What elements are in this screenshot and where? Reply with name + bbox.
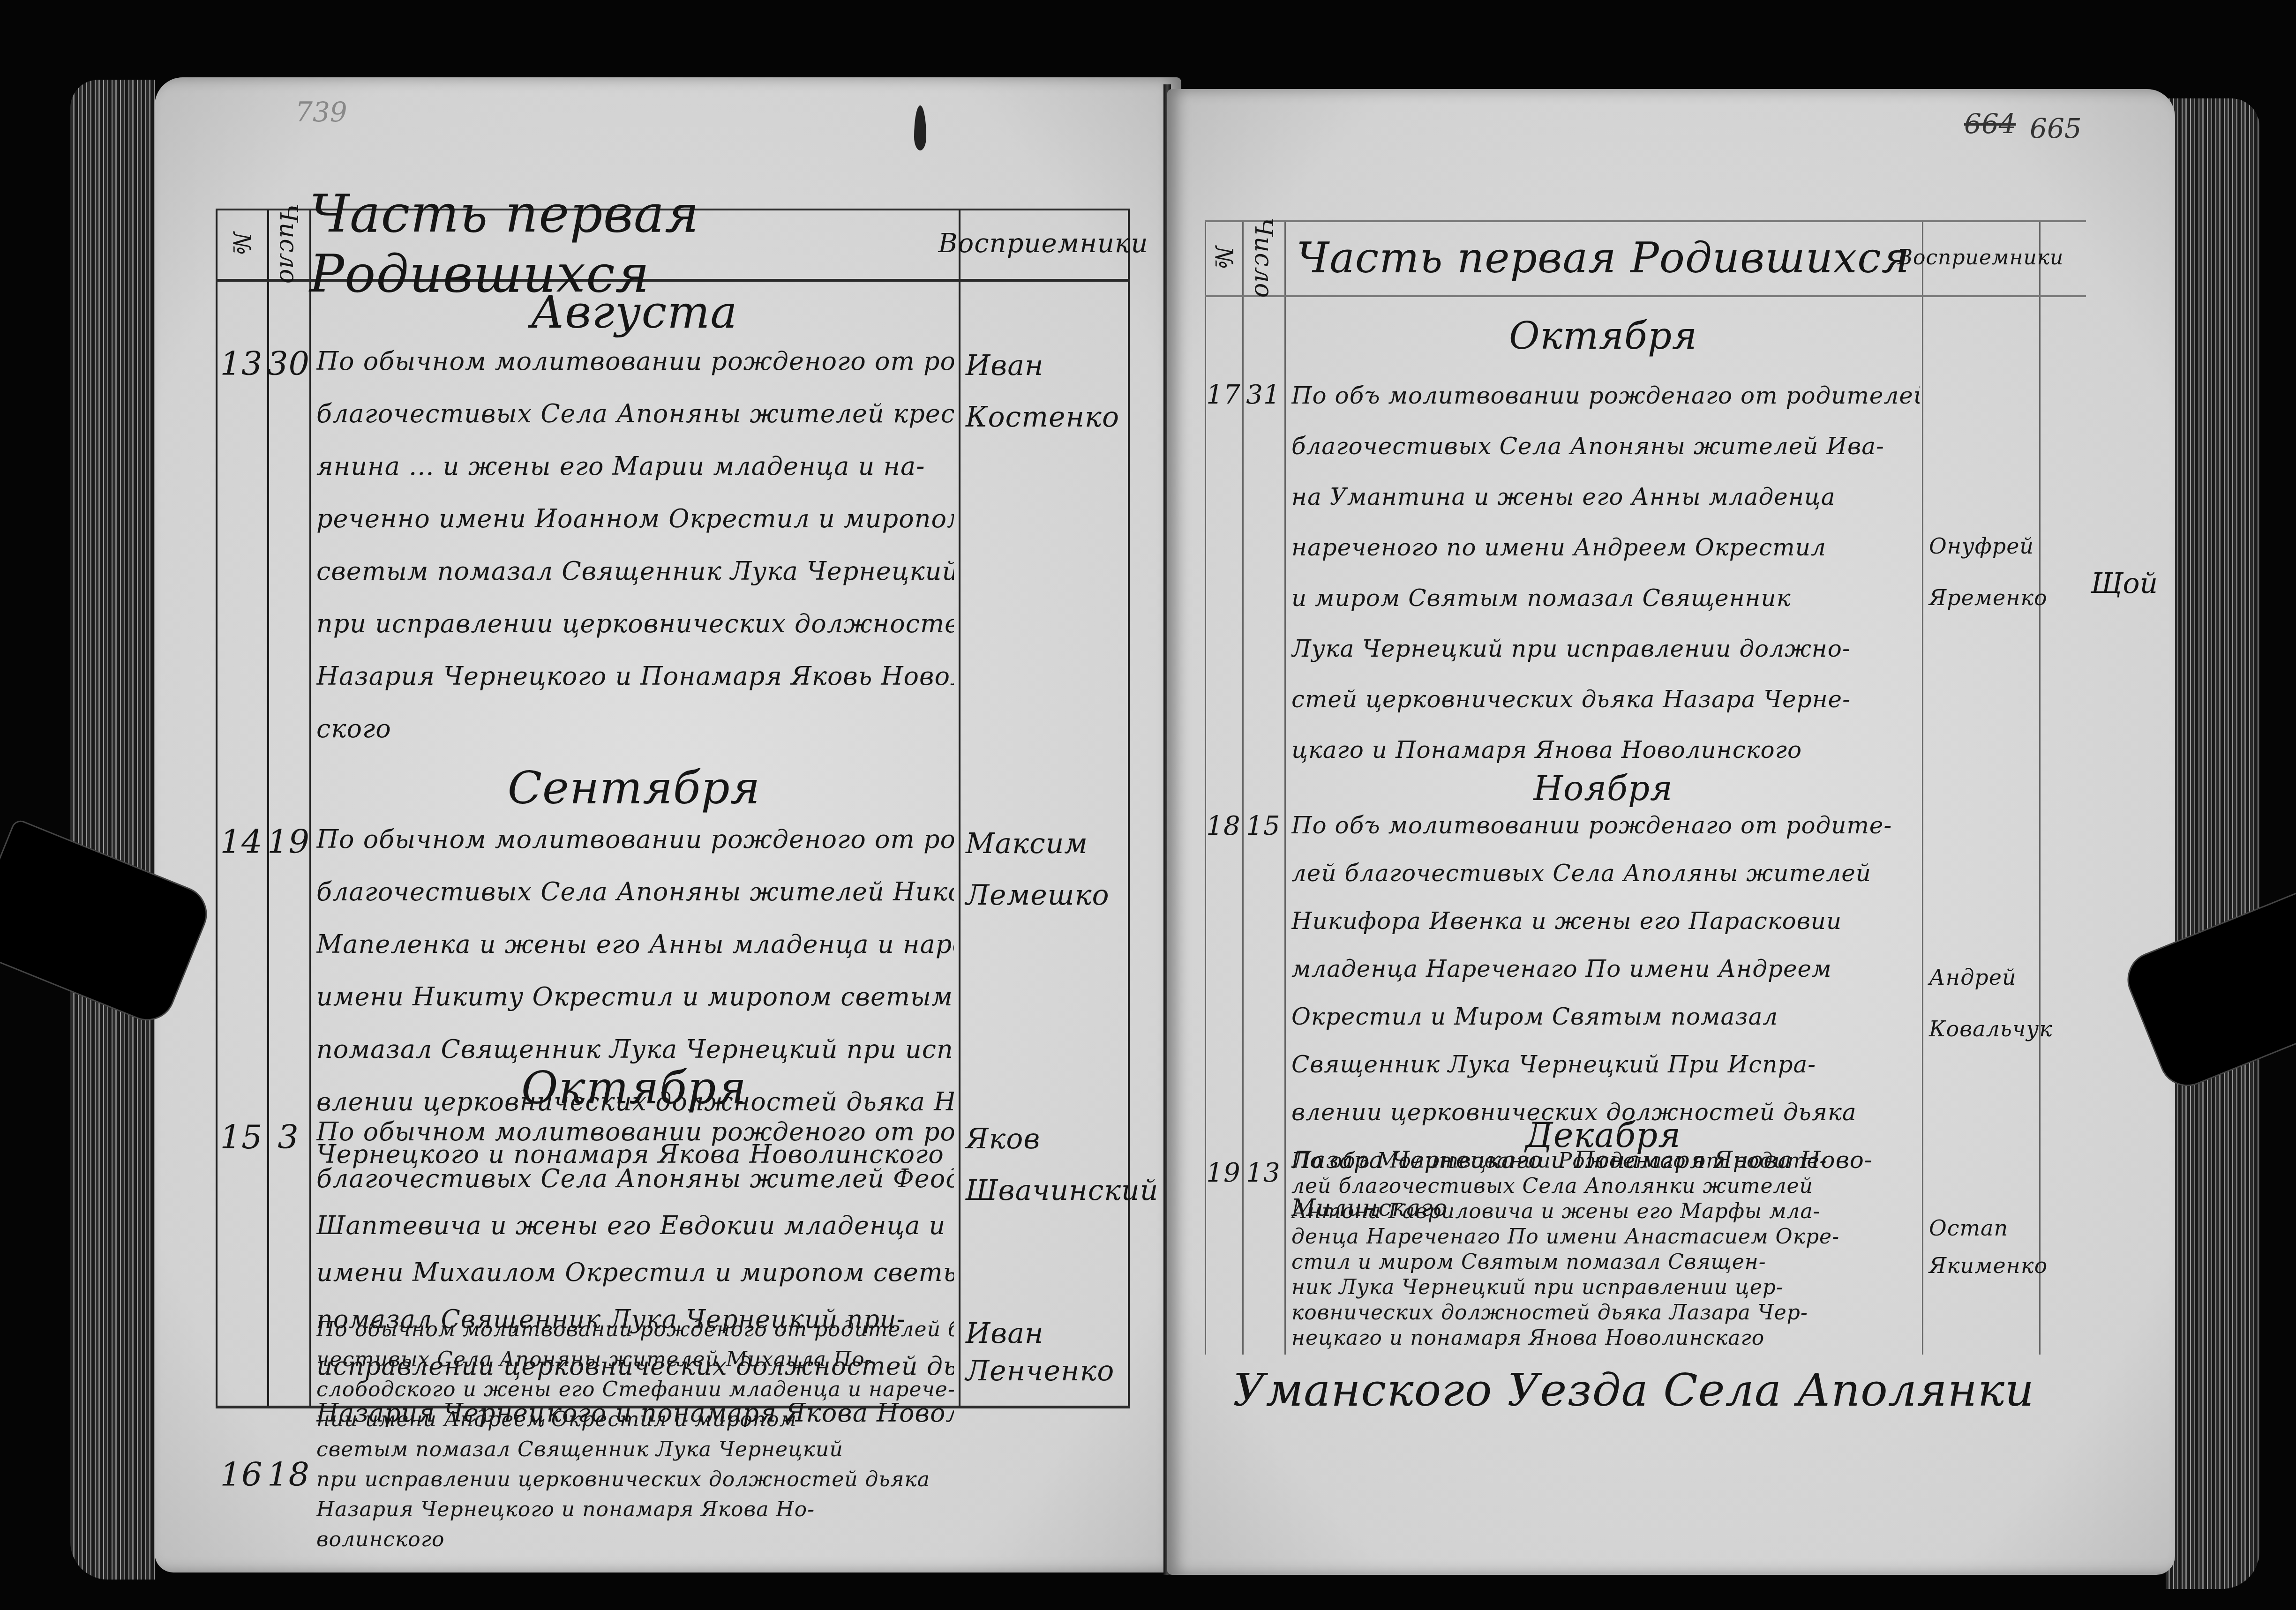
folio-stamp: 665 (2030, 112, 2082, 144)
entry-day: 30 (267, 344, 309, 383)
folio-stamp: 739 (295, 96, 347, 128)
month-heading: Сентября (309, 762, 959, 814)
entry-number: 13 (216, 344, 267, 383)
rule (2039, 220, 2041, 1355)
godparent-name: ИванКостенко (966, 340, 1125, 443)
godparent-name: МаксимЛемешко (966, 818, 1125, 921)
entry-day: 13 (1242, 1158, 1284, 1188)
header-number: № (1205, 220, 1242, 295)
district-village-footer: Уманского Уезда Села Аполянки (1233, 1364, 2034, 1416)
godparent-name: ОстапЯкименко (1929, 1209, 2041, 1284)
godparent-name: ЯковШвачинский (966, 1113, 1125, 1216)
header-godparents: Восприемники (959, 209, 1128, 279)
godparent-name: ОнуфрейЯременко (1929, 520, 2041, 623)
month-heading: Августа (309, 286, 959, 338)
entry-number: 15 (216, 1118, 267, 1156)
entry-record-text: По объ Молитвовании Рожденаго от родите-… (1291, 1148, 1920, 1351)
entry-record-text: По обычном молитвовании рожденого от род… (316, 335, 954, 755)
header-number: № (216, 209, 267, 279)
entry-day: 15 (1242, 811, 1284, 841)
entry-day: 18 (267, 1455, 309, 1494)
book-edge-right (2166, 98, 2259, 1589)
entry-day: 3 (267, 1118, 309, 1156)
register-table: № Число Часть первая Родившихся Восприем… (216, 209, 1130, 1408)
entry-record-text: По объ молитвовании рожденаго от родител… (1291, 370, 1920, 775)
header-day: Число (267, 209, 309, 279)
rule (267, 209, 269, 1408)
godparent-name: ИванЛенченко (966, 1315, 1125, 1390)
rule (959, 209, 960, 1408)
book-edge-left (70, 80, 155, 1580)
header-rule (1205, 295, 2086, 297)
entry-number: 18 (1205, 811, 1242, 841)
margin-note: Щой (2091, 567, 2158, 600)
entry-day: 31 (1242, 380, 1284, 410)
rule (1922, 220, 1923, 1355)
entry-number: 17 (1205, 380, 1242, 410)
rule (216, 209, 218, 1408)
month-heading: Октября (1284, 314, 1922, 358)
left-page: 739 № Число Часть первая Родившихся Восп… (155, 77, 1181, 1573)
register-table: № Число Часть первая Родившихся Восприем… (1205, 220, 2086, 1355)
right-page: 664 665 Щой № Число Часть первая Родивши… (1167, 89, 2175, 1575)
folio-stamp-struck: 664 (1964, 108, 2016, 140)
entry-number: 16 (216, 1455, 267, 1494)
entry-number: 14 (216, 823, 267, 861)
header-title: Часть первая Родившихся (1284, 220, 1922, 295)
entry-number: 19 (1205, 1158, 1242, 1188)
rule (1128, 209, 1130, 1408)
entry-day: 19 (267, 823, 309, 861)
month-heading: Октября (309, 1062, 959, 1114)
ink-blot-icon (914, 105, 926, 150)
entry-record-text: По обычном молитвовании рожденого от род… (316, 1315, 954, 1555)
header-godparents: Восприемники (1922, 220, 2039, 295)
godparent-name: АндрейКовальчук (1929, 951, 2041, 1055)
header-day: Число (1242, 220, 1284, 295)
header-title: Часть первая Родившихся (309, 209, 959, 279)
